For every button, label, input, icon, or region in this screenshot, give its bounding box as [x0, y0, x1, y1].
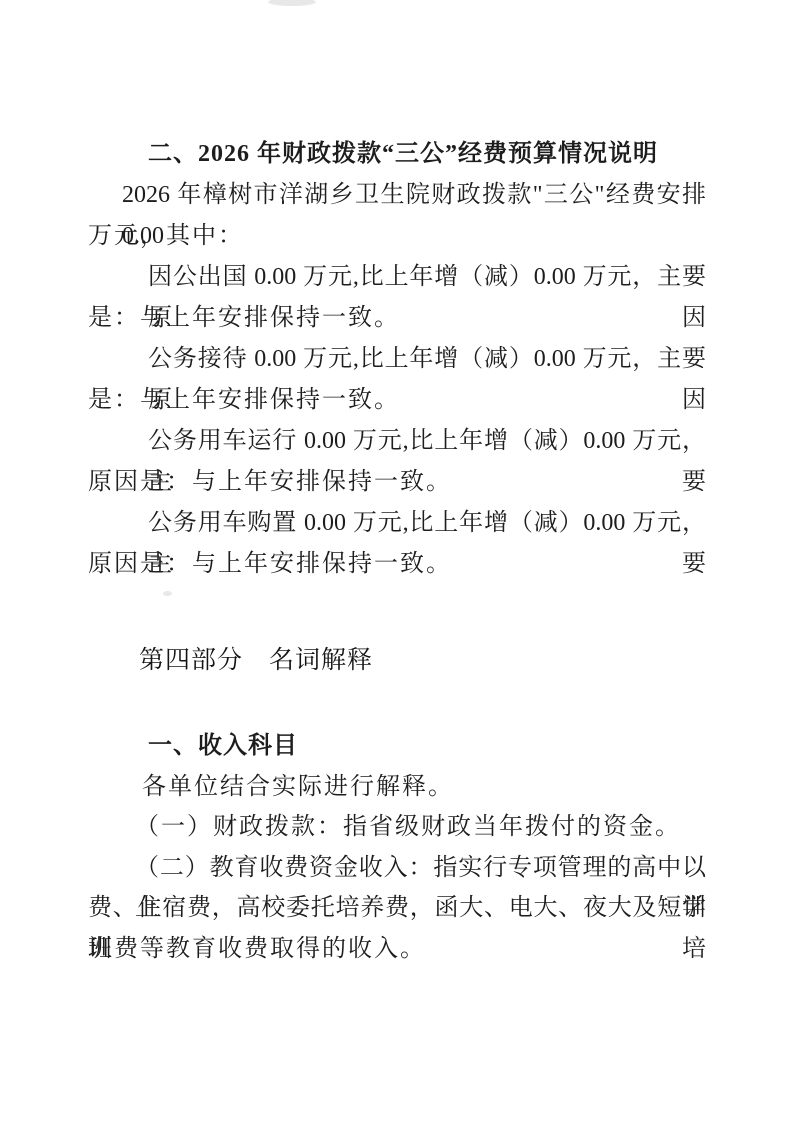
- three-public-section: 二、2026 年财政拨款“三公”经费预算情况说明 2026 年樟树市洋湖乡卫生院…: [88, 134, 706, 585]
- doc-line: 费、住宿费，高校委托培养费，函大、电大、夜大及短训班培: [88, 888, 706, 929]
- doc-line: 2026 年樟树市洋湖乡卫生院财政拨款"三公"经费安排 0.00: [88, 175, 706, 216]
- doc-line: （一）财政拨款：指省级财政当年拨付的资金。: [88, 807, 706, 848]
- doc-line: 公务用车购置 0.00 万元,比上年增（减）0.00 万元，主要: [88, 503, 706, 544]
- scan-artifact: [163, 591, 172, 596]
- doc-line: （二）教育收费资金收入：指实行专项管理的高中以上学: [88, 848, 706, 889]
- doc-line: 各单位结合实际进行解释。: [88, 767, 706, 808]
- doc-line: 公务接待 0.00 万元,比上年增（减）0.00 万元，主要原因: [88, 339, 706, 380]
- section-heading: 二、2026 年财政拨款“三公”经费预算情况说明: [88, 134, 706, 175]
- doc-line: 因公出国 0.00 万元,比上年增（减）0.00 万元，主要原因: [88, 257, 706, 298]
- document-page: 二、2026 年财政拨款“三公”经费预算情况说明 2026 年樟树市洋湖乡卫生院…: [0, 0, 793, 1121]
- glossary-subheading: 一、收入科目: [88, 726, 706, 767]
- part-four-heading: 第四部分 名词解释: [139, 645, 373, 675]
- scan-artifact: [268, 0, 316, 6]
- doc-line: 公务用车运行 0.00 万元,比上年增（减）0.00 万元，主要: [88, 421, 706, 462]
- doc-line: 万元，其中：: [88, 216, 706, 257]
- glossary-section: 一、收入科目 各单位结合实际进行解释。 （一）财政拨款：指省级财政当年拨付的资金…: [88, 726, 706, 970]
